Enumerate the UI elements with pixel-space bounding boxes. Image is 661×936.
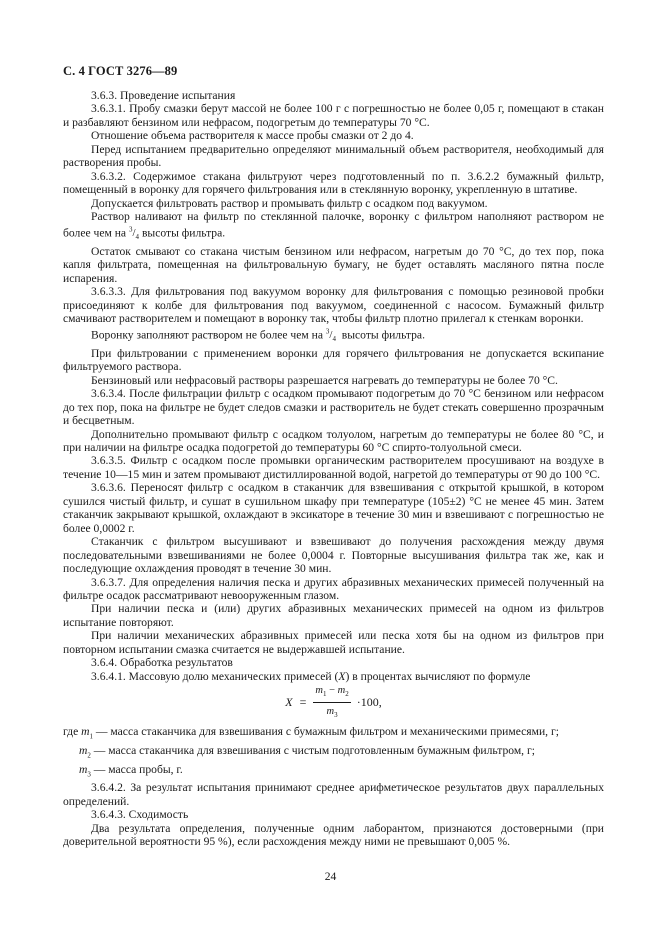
paragraph: 3.6.4.2. За результат испытания принимаю… <box>63 781 604 808</box>
paragraph: Остаток смывают со стакана чистым бензин… <box>63 245 604 285</box>
paragraph-text: высоты фильтра. <box>336 328 425 341</box>
paragraph: Два результата определения, полученные о… <box>63 822 604 849</box>
paragraph: 3.6.3.4. После фильтрации фильтр с осадк… <box>63 387 604 427</box>
paragraph: Стаканчик с фильтром высушивают и взвеши… <box>63 535 604 575</box>
formula: X = m1 − m2 m3 ·100, <box>63 683 604 723</box>
subscript: 2 <box>345 690 349 698</box>
fraction-three-quarters: 3/4 <box>326 329 336 341</box>
formula-tail: ·100, <box>357 696 382 709</box>
where-item: m2 — масса стаканчика для взвешивания с … <box>63 744 604 763</box>
paragraph: Дополнительно промывают фильтр с осадком… <box>63 428 604 455</box>
where-item: где m1 — масса стаканчика для взвешивани… <box>63 725 604 744</box>
page-number: 24 <box>0 870 661 883</box>
paragraph: При наличии механических абразивных прим… <box>63 629 604 656</box>
paragraph-text: высоты фильтра. <box>139 226 225 239</box>
formula-denominator: m3 <box>327 703 338 723</box>
paragraph: 3.6.3.2. Содержимое стакана фильтруют че… <box>63 170 604 197</box>
document-body: 3.6.3. Проведение испытания 3.6.3.1. Про… <box>63 89 604 849</box>
variable-x: X <box>338 670 345 683</box>
paragraph: Раствор наливают на фильтр по стеклянной… <box>63 210 604 245</box>
var-m: m <box>81 725 89 738</box>
fraction-numerator: 3 <box>326 328 330 336</box>
fraction-numerator: 3 <box>129 226 133 234</box>
var-m: m <box>315 685 323 696</box>
paragraph: Допускается фильтровать раствор и промыв… <box>63 197 604 210</box>
paragraph: Перед испытанием предварительно определя… <box>63 143 604 170</box>
formula-numerator: m1 − m2 <box>313 684 350 704</box>
paragraph: 3.6.3.3. Для фильтрования под вакуумом в… <box>63 285 604 325</box>
where-desc: — масса пробы, г. <box>91 763 183 776</box>
paragraph: 3.6.4.1. Массовую долю механических прим… <box>63 670 604 683</box>
paragraph: 3.6.3.7. Для определения наличия песка и… <box>63 576 604 603</box>
paragraph-text: ) в процентах вычисляют по формуле <box>346 670 531 683</box>
paragraph-text: 3.6.4.1. Массовую долю механических прим… <box>91 670 338 683</box>
paragraph: Отношение объема растворителя к массе пр… <box>63 129 604 142</box>
section-heading: 3.6.3. Проведение испытания <box>63 89 604 102</box>
paragraph: При фильтровании с применением воронки д… <box>63 347 604 374</box>
formula-lhs: X <box>285 696 292 709</box>
fraction-three-quarters: 3/4 <box>129 227 139 239</box>
where-item: m3 — масса пробы, г. <box>63 763 604 782</box>
section-heading: 3.6.4. Обработка результатов <box>63 656 604 669</box>
paragraph: При наличии песка и (или) других абразив… <box>63 602 604 629</box>
where-desc: — масса стаканчика для взвешивания с бум… <box>93 725 559 738</box>
paragraph: 3.6.3.6. Переносят фильтр с осадком в ст… <box>63 481 604 535</box>
where-desc: — масса стаканчика для взвешивания с чис… <box>91 744 535 757</box>
minus-sign: − <box>326 685 337 696</box>
formula-equals: = <box>297 696 310 709</box>
subscript: 3 <box>334 711 338 719</box>
section-heading: 3.6.4.3. Сходимость <box>63 808 604 821</box>
paragraph: 3.6.3.1. Пробу смазки берут массой не бо… <box>63 102 604 129</box>
paragraph-text: Воронку заполняют раствором не более чем… <box>91 328 326 341</box>
var-m: m <box>327 706 335 717</box>
formula-fraction: m1 − m2 m3 <box>313 684 350 723</box>
page-header: С. 4 ГОСТ 3276—89 <box>63 64 177 79</box>
paragraph: Бензиновый или нефрасовый растворы разре… <box>63 374 604 387</box>
paragraph: Воронку заполняют раствором не более чем… <box>63 326 604 347</box>
paragraph: 3.6.3.5. Фильтр с осадком после промывки… <box>63 454 604 481</box>
where-prefix: где <box>63 725 81 738</box>
